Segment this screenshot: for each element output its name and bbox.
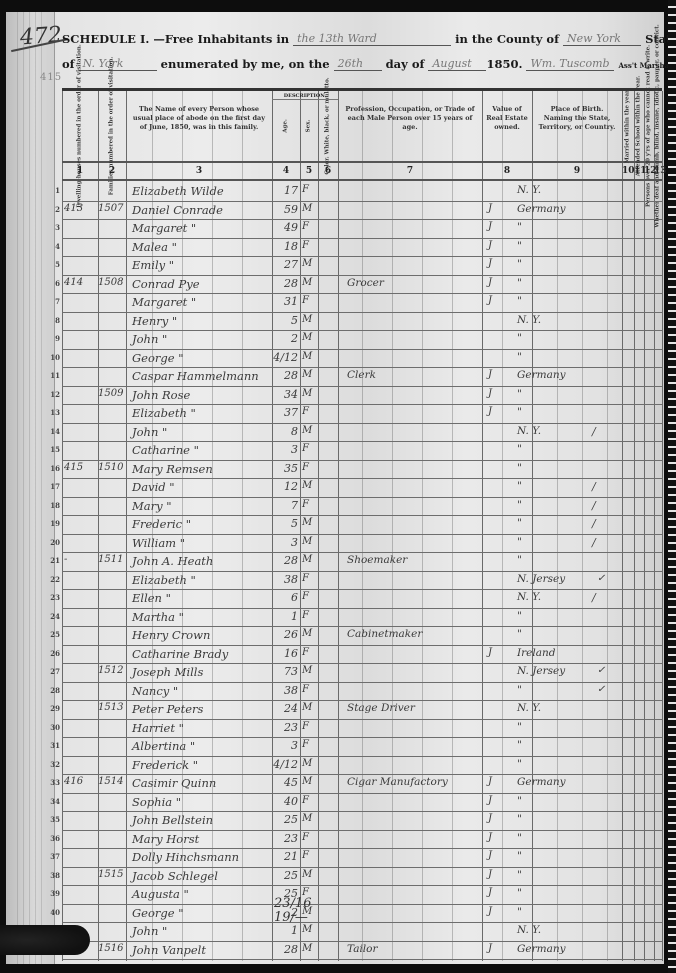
census-row: 17David "12M"/ [62,479,662,498]
family-number: 1508 [98,277,126,288]
person-sex: F [302,240,322,251]
census-row: 381515Jacob Schlegel25MJ" [62,868,662,887]
person-sex: F [302,295,322,306]
dwelling-number: 415 [64,462,98,473]
census-row: 5Emily "27MJ" [62,257,662,276]
person-age: 18 [270,240,298,253]
person-occupation: Grocer [347,277,467,289]
line-number: 32 [48,760,60,769]
column-header-10: Married within the year. [622,91,634,163]
census-row: 1Elizabeth Wilde17FN. Y. [62,183,662,202]
person-sex: M [302,869,322,880]
person-sex: M [302,517,322,528]
person-age: 17 [270,184,298,197]
person-occupation: Tailor [347,943,467,955]
person-age: 49 [270,221,298,234]
place-of-birth: " [517,258,617,270]
census-row: 19Frederic "5M"/ [62,516,662,535]
line-number: 11 [48,371,60,380]
census-row: 18Mary "7F"/ [62,498,662,517]
place-of-birth: " [517,554,617,566]
dwelling-number: 413 [64,203,98,214]
person-sex: M [302,665,322,676]
column-header-13: Whether deaf and dumb, blind, insane, id… [654,91,662,163]
place-of-birth: Germany [517,943,617,955]
person-age: 3 [270,536,298,549]
place-of-birth: " [517,721,617,733]
place-of-birth: N. Y. [517,924,617,936]
column-header-2: Families numbered in the order of visita… [98,91,126,163]
birth-tally-mark: J [488,869,498,880]
person-occupation: Shoemaker [347,554,467,566]
column-number-5: 5 [300,163,318,181]
line-number: 18 [48,501,60,510]
place-of-birth: " [517,610,617,622]
line-number: 2 [48,205,60,214]
person-age: 28 [270,554,298,567]
family-number: 1511 [98,554,126,565]
census-row: 25Henry Crown26MCabinetmaker" [62,627,662,646]
place-of-birth: " [517,332,617,344]
census-row: 31Albertina "3F" [62,738,662,757]
county-label: in the County of [455,32,559,46]
birth-tally-mark: J [488,647,498,658]
census-row: 36Mary Horst23FJ" [62,831,662,850]
person-sex: M [302,277,322,288]
census-row: 4Malea "18FJ" [62,239,662,258]
line-number: 33 [48,778,60,787]
place-of-birth: " [517,406,617,418]
person-age: 26 [270,628,298,641]
place-of-birth: " [517,795,617,807]
person-age: 40 [270,795,298,808]
census-row: 40George "2MJ" [62,905,662,924]
family-number: 1510 [98,462,126,473]
place-of-birth: Ireland [517,647,617,659]
person-sex: M [302,813,322,824]
column-number-10: 10 [622,163,634,181]
census-row: 22Elizabeth "38FN. Jersey✓ [62,572,662,591]
census-table: Dwelling-houses numbered in the order of… [62,88,662,961]
column-number-13: 13 [654,163,662,181]
census-row: 26Catharine Brady16FJIreland [62,646,662,665]
column-header-9: Place of Birth. Naming the State, Territ… [532,91,622,163]
page-stamp: 415 [40,72,62,83]
person-sex: M [302,332,322,343]
year-label: 1850. [486,57,522,71]
line-number: 27 [48,667,60,676]
line-number: 13 [48,408,60,417]
census-row: 39Augusta "25FJ" [62,886,662,905]
person-sex: M [302,924,322,935]
person-sex: M [302,702,322,713]
person-age: 35 [270,462,298,475]
line-number: 12 [48,390,60,399]
census-row: 35John Bellstein25MJ" [62,812,662,831]
line-number: 8 [48,316,60,325]
person-age: 12 [270,480,298,493]
family-number: 1516 [98,943,126,954]
person-occupation: Stage Driver [347,702,467,714]
line-number: 25 [48,630,60,639]
birth-tally-mark: J [488,295,498,306]
column-header-7: Profession, Occupation, or Trade of each… [338,91,482,163]
column-header-3: The Name of every Person whose usual pla… [126,91,272,163]
line-number: 1 [48,186,60,195]
column-header-5: Sex. [300,91,318,163]
census-row: 28Nancy "38F"✓ [62,683,662,702]
birth-tally-mark: J [488,221,498,232]
person-sex: F [302,591,322,602]
attended-school-mark: / [592,517,604,530]
line-number: 28 [48,686,60,695]
birth-tally-mark: J [488,850,498,861]
person-age: 59 [270,203,298,216]
column-number-9: 9 [532,163,622,181]
census-row: 20William "3M"/ [62,535,662,554]
place-of-birth: " [517,388,617,400]
place-of-birth: N. Y. [517,184,617,196]
column-number-8: 8 [482,163,532,181]
line-number: 4 [48,242,60,251]
title-prefix: —Free Inhabitants in [153,32,289,46]
married-check: ✓ [597,684,609,695]
column-number-2: 2 [98,163,126,181]
person-sex: M [302,943,322,954]
person-age: 21 [270,850,298,863]
day-field: 26th [334,57,382,71]
census-row: 421516John Vanpelt28MTailorJGermany [62,942,662,961]
person-age: 37 [270,406,298,419]
column-header-8: Value of Real Estate owned. [482,91,532,163]
person-age: 23 [270,832,298,845]
person-sex: M [302,758,322,769]
place-of-birth: " [517,240,617,252]
film-edge [668,0,676,973]
census-row: 164151510Mary Remsen35F" [62,461,662,480]
marshal-field: Wm. Tuscomb [526,57,614,71]
line-number: 6 [48,279,60,288]
person-occupation: Clerk [347,369,467,381]
person-age: 24 [270,702,298,715]
line-number: 31 [48,741,60,750]
line-number: 23 [48,593,60,602]
person-sex: M [302,554,322,565]
column-number-1: 1 [62,163,98,181]
person-occupation: Cigar Manufactory [347,776,467,788]
column-number-3: 3 [126,163,272,181]
place-of-birth: " [517,443,617,455]
person-age: 28 [270,277,298,290]
person-sex: F [302,462,322,473]
census-row: 14John "8MN. Y./ [62,424,662,443]
person-age: 3 [270,739,298,752]
column-header-6: Color. White, black, or mulatto. [318,91,338,163]
person-sex: M [302,203,322,214]
person-sex: F [302,721,322,732]
column-header-4: Age. [272,91,300,163]
line-number: 17 [48,482,60,491]
family-number: 1513 [98,702,126,713]
birth-tally-mark: J [488,943,498,954]
place-of-birth: " [517,887,617,899]
person-sex: M [302,536,322,547]
census-row: 41John "1MN. Y. [62,923,662,942]
line-number: 21 [48,556,60,565]
person-sex: M [302,314,322,325]
person-age: 28 [270,943,298,956]
census-row: 9John "2M" [62,331,662,350]
place-of-birth: " [517,758,617,770]
line-number: 7 [48,297,60,306]
census-row: 10George "4/12M" [62,350,662,369]
birth-tally-mark: J [488,203,498,214]
page-totals: 23/16 19/— [274,897,311,925]
state-field: N. York [79,57,157,71]
census-row: 15Catharine "3F" [62,442,662,461]
line-number: 5 [48,260,60,269]
family-number: 1512 [98,665,126,676]
person-age: 38 [270,573,298,586]
line-number: 14 [48,427,60,436]
married-check: ✓ [597,573,609,584]
person-sex: F [302,684,322,695]
person-sex: F [302,443,322,454]
married-check: ✓ [597,665,609,676]
birth-tally-mark: J [488,258,498,269]
census-row: 334161514Casimir Quinn45MCigar Manufacto… [62,775,662,794]
person-age: 7 [270,499,298,512]
family-number: 1507 [98,203,126,214]
birth-tally-mark: J [488,832,498,843]
birth-tally-mark: J [488,240,498,251]
place-of-birth: " [517,813,617,825]
place-of-birth: " [517,221,617,233]
person-sex: F [302,739,322,750]
person-sex: F [302,573,322,584]
description-group-label: DESCRIPTION. [272,93,338,100]
person-sex: M [302,388,322,399]
census-row: 24131507Daniel Conrade59MJGermany [62,202,662,221]
person-age: 38 [270,684,298,697]
place-of-birth: " [517,739,617,751]
person-age: 6 [270,591,298,604]
person-age: 28 [270,369,298,382]
column-number-12: 12 [644,163,654,181]
line-number: 19 [48,519,60,528]
census-row: 24Martha "1F" [62,609,662,628]
census-row: 291513Peter Peters24MStage DriverN. Y. [62,701,662,720]
header-line-1: SCHEDULE I. —Free Inhabitants in the 13t… [62,32,656,46]
line-number: 16 [48,464,60,473]
census-row: 13Elizabeth "37FJ" [62,405,662,424]
ward-field: the 13th Ward [293,32,451,46]
person-sex: F [302,221,322,232]
family-number: 1514 [98,776,126,787]
person-age: 23 [270,721,298,734]
birth-tally-mark: J [488,277,498,288]
census-row: 32Frederick "4/12M" [62,757,662,776]
dwelling-number: - [64,554,98,565]
line-number: 26 [48,649,60,658]
column-header-12: Persons over 20 y'rs of age who cannot r… [644,91,654,163]
birth-tally-mark: J [488,887,498,898]
person-sex: F [302,832,322,843]
person-sex: M [302,258,322,269]
person-age: 4/12 [270,351,298,364]
attended-school-mark: / [592,480,604,493]
person-sex: F [302,795,322,806]
place-of-birth: " [517,832,617,844]
totals-line-2: 19/— [274,911,311,925]
birth-tally-mark: J [488,795,498,806]
place-of-birth: " [517,869,617,881]
person-age: 73 [270,665,298,678]
attended-school-mark: / [592,499,604,512]
person-age: 16 [270,647,298,660]
of-label: of [62,57,75,71]
birth-tally-mark: J [488,406,498,417]
person-occupation: Cabinetmaker [347,628,467,640]
column-header-1: Dwelling-houses numbered in the order of… [62,91,98,163]
person-sex: M [302,776,322,787]
place-of-birth: N. Y. [517,314,617,326]
line-number: 35 [48,815,60,824]
person-sex: M [302,628,322,639]
person-sex: F [302,499,322,510]
line-number: 9 [48,334,60,343]
header-line-2: of N. York enumerated by me, on the 26th… [62,57,656,71]
census-page: 472 415 SCHEDULE I. —Free Inhabitants in… [6,12,664,964]
place-of-birth: " [517,906,617,918]
place-of-birth: " [517,295,617,307]
enumerated-label: enumerated by me, on the [161,57,330,71]
birth-tally-mark: J [488,369,498,380]
person-age: 1 [270,610,298,623]
line-number: 36 [48,834,60,843]
line-number: 22 [48,575,60,584]
census-row: 21-1511John A. Heath28MShoemaker" [62,553,662,572]
person-sex: F [302,850,322,861]
census-row: 7Margaret "31FJ" [62,294,662,313]
person-age: 4/12 [270,758,298,771]
place-of-birth: Germany [517,776,617,788]
census-row: 3Margaret "49FJ" [62,220,662,239]
line-number: 15 [48,445,60,454]
person-sex: M [302,480,322,491]
line-number: 20 [48,538,60,547]
person-age: 5 [270,517,298,530]
line-number: 40 [48,908,60,917]
family-number: 1509 [98,388,126,399]
person-age: 27 [270,258,298,271]
column-number-4: 4 [272,163,300,181]
line-number: 3 [48,223,60,232]
birth-tally-mark: J [488,776,498,787]
person-age: 5 [270,314,298,327]
person-sex: M [302,425,322,436]
census-row: 37Dolly Hinchsmann21FJ" [62,849,662,868]
birth-tally-mark: J [488,813,498,824]
column-number-6: 6 [318,163,338,181]
day-of-label: day of [386,57,425,71]
census-row: 34Sophia "40FJ" [62,794,662,813]
person-sex: F [302,647,322,658]
place-of-birth: " [517,628,617,640]
birth-tally-mark: J [488,906,498,917]
census-row: 8Henry "5MN. Y. [62,313,662,332]
person-age: 3 [270,443,298,456]
person-sex: F [302,406,322,417]
census-row: 121509John Rose34MJ" [62,387,662,406]
county-field: New York [563,32,641,46]
person-age: 45 [270,776,298,789]
line-number: 24 [48,612,60,621]
thumb-shadow [0,925,90,955]
attended-school-mark: / [592,425,604,438]
census-row: 30Harriet "23F" [62,720,662,739]
place-of-birth: " [517,351,617,363]
column-header-11: Attended School within the year. [634,91,644,163]
person-sex: M [302,351,322,362]
person-age: 1 [270,924,298,937]
month-field: August [428,57,486,71]
person-age: 25 [270,869,298,882]
person-age: 2 [270,332,298,345]
column-number-7: 7 [338,163,482,181]
birth-tally-mark: J [488,388,498,399]
line-number: 39 [48,889,60,898]
place-of-birth: N. Y. [517,702,617,714]
person-age: 34 [270,388,298,401]
line-number: 37 [48,852,60,861]
dwelling-number: 414 [64,277,98,288]
census-row: 64141508Conrad Pye28MGrocerJ" [62,276,662,295]
page-number: 472 [19,23,63,51]
person-age: 25 [270,813,298,826]
census-row: 11Caspar Hammelmann28MClerkJGermany [62,368,662,387]
line-number: 29 [48,704,60,713]
totals-line-1: 23/16 [274,897,311,911]
person-sex: M [302,369,322,380]
person-age: 31 [270,295,298,308]
place-of-birth: " [517,277,617,289]
dwelling-number: 416 [64,776,98,787]
place-of-birth: Germany [517,203,617,215]
line-number: 30 [48,723,60,732]
person-sex: F [302,610,322,621]
line-number: 10 [48,353,60,362]
family-number: 1515 [98,869,126,880]
attended-school-mark: / [592,591,604,604]
place-of-birth: Germany [517,369,617,381]
line-number: 38 [48,871,60,880]
attended-school-mark: / [592,536,604,549]
place-of-birth: " [517,462,617,474]
person-sex: F [302,184,322,195]
census-row: 23Ellen "6FN. Y./ [62,590,662,609]
census-row: 271512Joseph Mills73MN. Jersey✓ [62,664,662,683]
line-number: 34 [48,797,60,806]
column-number-11: 11 [634,163,644,181]
place-of-birth: " [517,850,617,862]
person-age: 8 [270,425,298,438]
